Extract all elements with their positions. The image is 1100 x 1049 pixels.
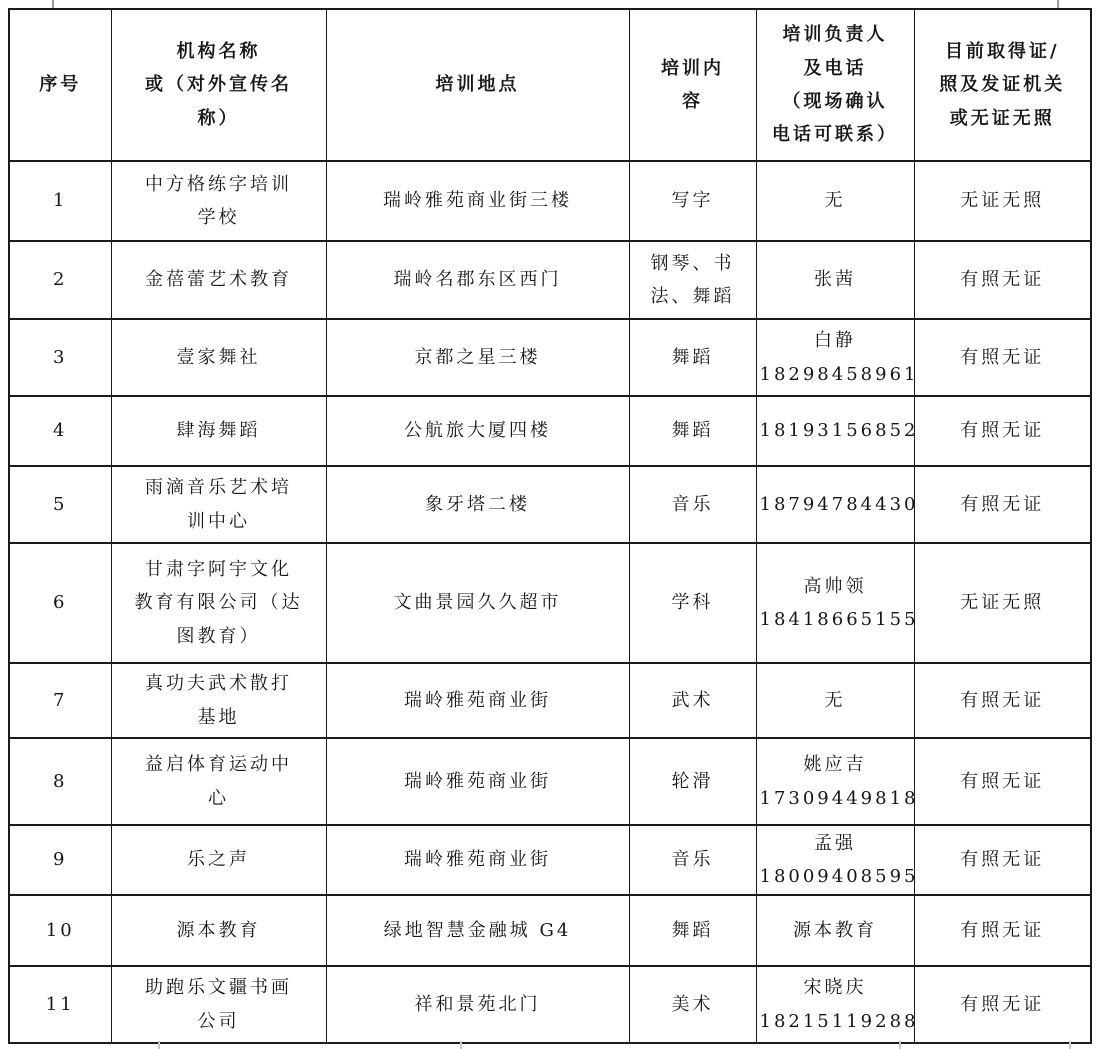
cell-index: 1 — [9, 161, 111, 241]
cell-contact: 宋晓庆 18215119288 — [756, 966, 914, 1043]
cell-location: 瑞岭雅苑商业街 — [326, 663, 629, 738]
header-cell-license: 目前取得证/ 照及发证机关 或无证无照 — [914, 9, 1091, 161]
cell-index: 8 — [9, 738, 111, 825]
cell-content: 钢琴、书 法、舞蹈 — [629, 241, 756, 319]
cell-contact: 高帅领 18418665155 — [756, 543, 914, 663]
header-cell-content: 培训内 容 — [629, 9, 756, 161]
cell-license: 有照无证 — [914, 966, 1091, 1043]
cell-location: 公航旅大厦四楼 — [326, 396, 629, 466]
table-row: 8益启体育运动中 心瑞岭雅苑商业街轮滑姚应吉 17309449818有照无证 — [9, 738, 1091, 825]
cell-contact: 18794784430 — [756, 466, 914, 543]
cell-license: 有照无证 — [914, 241, 1091, 319]
cell-content: 写字 — [629, 161, 756, 241]
table-row: 7真功夫武术散打 基地瑞岭雅苑商业街武术无有照无证 — [9, 663, 1091, 738]
cell-index: 10 — [9, 895, 111, 966]
document-page: 序号 机构名称 或（对外宣传名 称） 培训地点 培训内 容 培训负责人 及电话 … — [0, 0, 1100, 1049]
cell-name: 雨滴音乐艺术培 训中心 — [111, 466, 326, 543]
cell-license: 有照无证 — [914, 825, 1091, 895]
crop-mark-bottom-tick — [460, 1041, 462, 1049]
cell-content: 音乐 — [629, 466, 756, 543]
cell-location: 瑞岭雅苑商业街 — [326, 738, 629, 825]
cell-content: 舞蹈 — [629, 319, 756, 396]
cell-content: 舞蹈 — [629, 895, 756, 966]
table-row: 10源本教育绿地智慧金融城 G4舞蹈源本教育有照无证 — [9, 895, 1091, 966]
cell-content: 轮滑 — [629, 738, 756, 825]
cell-location: 象牙塔二楼 — [326, 466, 629, 543]
cell-name: 壹家舞社 — [111, 319, 326, 396]
cell-content: 舞蹈 — [629, 396, 756, 466]
cell-index: 9 — [9, 825, 111, 895]
cell-license: 有照无证 — [914, 396, 1091, 466]
cell-name: 乐之声 — [111, 825, 326, 895]
cell-contact: 张茜 — [756, 241, 914, 319]
header-row: 序号 机构名称 或（对外宣传名 称） 培训地点 培训内 容 培训负责人 及电话 … — [9, 9, 1091, 161]
cell-name: 真功夫武术散打 基地 — [111, 663, 326, 738]
cell-index: 11 — [9, 966, 111, 1043]
cell-name: 肆海舞蹈 — [111, 396, 326, 466]
cell-location: 瑞岭雅苑商业街三楼 — [326, 161, 629, 241]
cell-name: 助跑乐文疆书画 公司 — [111, 966, 326, 1043]
cell-location: 京都之星三楼 — [326, 319, 629, 396]
cell-contact: 姚应吉 17309449818 — [756, 738, 914, 825]
cell-index: 4 — [9, 396, 111, 466]
table-body: 1中方格练字培训 学校瑞岭雅苑商业街三楼写字无无证无照2金蓓蕾艺术教育瑞岭名郡东… — [9, 161, 1091, 1043]
cell-location: 文曲景园久久超市 — [326, 543, 629, 663]
cell-index: 7 — [9, 663, 111, 738]
header-cell-name: 机构名称 或（对外宣传名 称） — [111, 9, 326, 161]
table-header: 序号 机构名称 或（对外宣传名 称） 培训地点 培训内 容 培训负责人 及电话 … — [9, 9, 1091, 161]
cell-content: 学科 — [629, 543, 756, 663]
cell-license: 有照无证 — [914, 738, 1091, 825]
cell-name: 金蓓蕾艺术教育 — [111, 241, 326, 319]
cell-contact: 源本教育 — [756, 895, 914, 966]
table-row: 5雨滴音乐艺术培 训中心象牙塔二楼音乐18794784430有照无证 — [9, 466, 1091, 543]
cell-location: 瑞岭雅苑商业街 — [326, 825, 629, 895]
cell-name: 源本教育 — [111, 895, 326, 966]
crop-mark-bottom-tick — [158, 1041, 160, 1049]
cell-location: 绿地智慧金融城 G4 — [326, 895, 629, 966]
cell-index: 6 — [9, 543, 111, 663]
cell-content: 音乐 — [629, 825, 756, 895]
cell-contact: 白静 18298458961 — [756, 319, 914, 396]
cell-index: 5 — [9, 466, 111, 543]
cell-license: 有照无证 — [914, 663, 1091, 738]
header-cell-location: 培训地点 — [326, 9, 629, 161]
cell-index: 3 — [9, 319, 111, 396]
cell-contact: 无 — [756, 161, 914, 241]
cell-location: 祥和景苑北门 — [326, 966, 629, 1043]
table-row: 6甘肃字阿宇文化 教育有限公司（达 图教育）文曲景园久久超市学科高帅领 1841… — [9, 543, 1091, 663]
cell-license: 有照无证 — [914, 466, 1091, 543]
cell-license: 有照无证 — [914, 319, 1091, 396]
cell-contact: 无 — [756, 663, 914, 738]
table-row: 11助跑乐文疆书画 公司祥和景苑北门美术宋晓庆 18215119288有照无证 — [9, 966, 1091, 1043]
header-cell-index: 序号 — [9, 9, 111, 161]
header-cell-contact: 培训负责人 及电话 （现场确认 电话可联系） — [756, 9, 914, 161]
cell-location: 瑞岭名郡东区西门 — [326, 241, 629, 319]
cell-contact: 18193156852 — [756, 396, 914, 466]
table-row: 4肆海舞蹈公航旅大厦四楼舞蹈18193156852有照无证 — [9, 396, 1091, 466]
cell-license: 无证无照 — [914, 161, 1091, 241]
cell-name: 益启体育运动中 心 — [111, 738, 326, 825]
training-institutions-table: 序号 机构名称 或（对外宣传名 称） 培训地点 培训内 容 培训负责人 及电话 … — [8, 8, 1092, 1044]
crop-mark-bottom-tick — [1069, 1041, 1071, 1049]
cell-contact: 孟强 18009408595 — [756, 825, 914, 895]
table-row: 2金蓓蕾艺术教育瑞岭名郡东区西门钢琴、书 法、舞蹈张茜有照无证 — [9, 241, 1091, 319]
cell-license: 有照无证 — [914, 895, 1091, 966]
table-row: 9乐之声瑞岭雅苑商业街音乐孟强 18009408595有照无证 — [9, 825, 1091, 895]
cell-content: 武术 — [629, 663, 756, 738]
cell-name: 甘肃字阿宇文化 教育有限公司（达 图教育） — [111, 543, 326, 663]
cell-name: 中方格练字培训 学校 — [111, 161, 326, 241]
cell-license: 无证无照 — [914, 543, 1091, 663]
crop-mark-bottom-tick — [899, 1041, 901, 1049]
table-row: 1中方格练字培训 学校瑞岭雅苑商业街三楼写字无无证无照 — [9, 161, 1091, 241]
cell-content: 美术 — [629, 966, 756, 1043]
table-row: 3壹家舞社京都之星三楼舞蹈白静 18298458961有照无证 — [9, 319, 1091, 396]
cell-index: 2 — [9, 241, 111, 319]
